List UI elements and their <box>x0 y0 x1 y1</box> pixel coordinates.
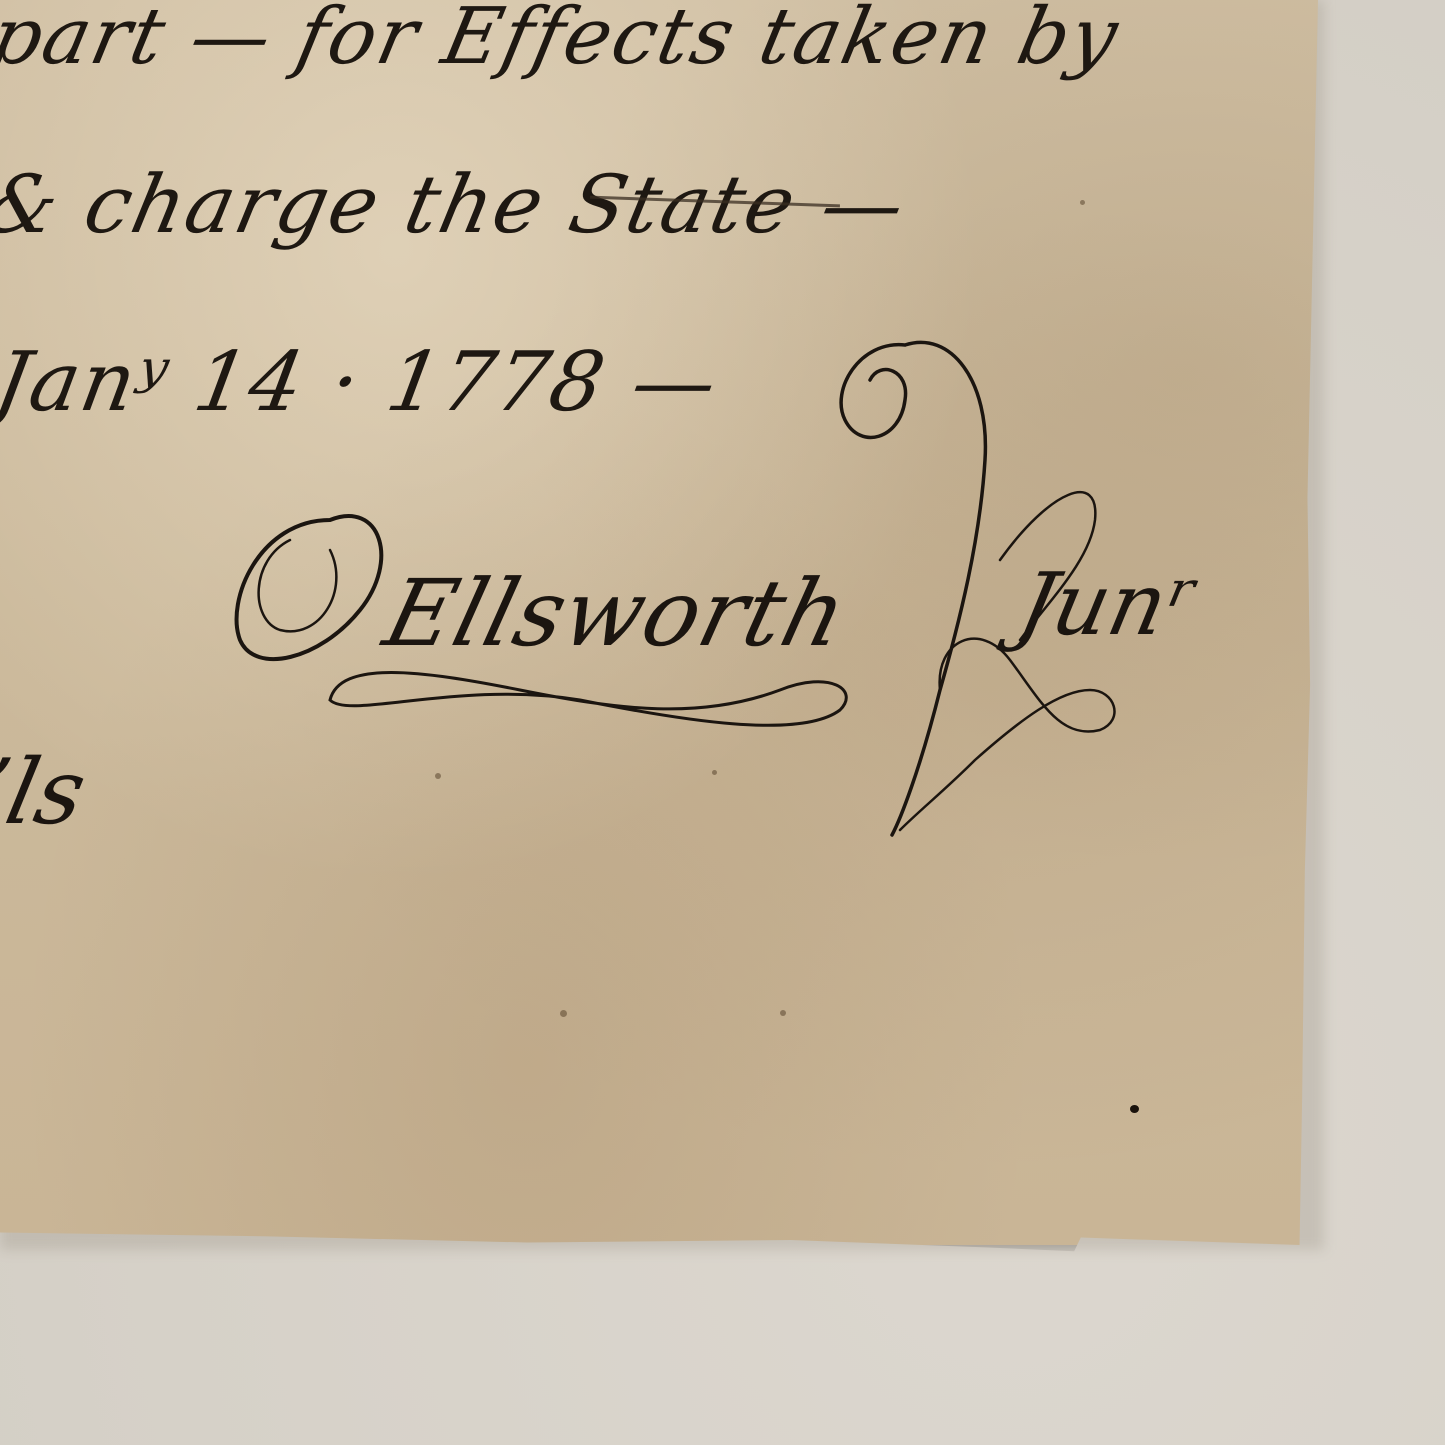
signature-suffix: Junʳ <box>1009 555 1205 655</box>
signature-name: Ellsworth <box>375 560 858 667</box>
signature-underline-flourish <box>330 673 846 726</box>
ink-speck <box>1080 200 1085 205</box>
ink-speck <box>780 1010 786 1016</box>
margin-fragment: ’ls <box>0 740 95 845</box>
ink-speck <box>712 770 717 775</box>
photo-frame: part — for Effects taken by & charge the… <box>0 0 1445 1445</box>
signature-j-loop <box>841 342 985 835</box>
ink-speck <box>560 1010 567 1017</box>
manuscript-paper: part — for Effects taken by & charge the… <box>0 0 1318 1245</box>
date-line: Janʸ 14 · 1778 — <box>0 335 725 430</box>
ink-speck <box>1130 1105 1139 1113</box>
signature-initial-o <box>237 516 382 659</box>
text-line-1: part — for Effects taken by <box>0 0 1127 82</box>
ink-speck <box>435 773 441 779</box>
